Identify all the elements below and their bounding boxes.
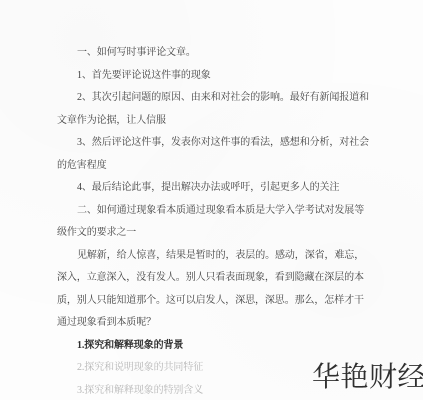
watermark: 华艳财经 bbox=[312, 360, 423, 394]
text-line: 见解新，给人惊喜，结果是暂时的，表层的。感动，深省，难忘， bbox=[57, 245, 377, 268]
text-line: 深入，立意深入，没有发人。别人只看表面现象，看到隐藏在深层的本 bbox=[57, 267, 377, 290]
text-line: 级作文的要求之一 bbox=[57, 222, 377, 245]
text-line: 2、其次引起问题的原因、由来和对社会的影响。最好有新闻报道和 bbox=[57, 87, 377, 110]
text-line: 的危害程度 bbox=[57, 155, 377, 178]
text-line: 3、然后评论这件事，发表你对这件事的看法，感想和分析，对社会 bbox=[57, 132, 377, 155]
text-line: 1.探究和解释现象的背景 bbox=[57, 335, 377, 358]
text-line: 通过现象看到本质呢？ bbox=[57, 312, 377, 335]
text-line: 4、最后结论此事，提出解决办法或呼吁，引起更多人的关注 bbox=[57, 177, 377, 200]
text-line: 一、如何写时事评论文章。 bbox=[57, 42, 377, 65]
text-line: 1、首先要评论说这件事的现象 bbox=[57, 65, 377, 88]
text-line: 质，别人只能知道那个。这可以启发人，深思，深思。那么，怎样才干 bbox=[57, 290, 377, 313]
text-line: 文章作为论据，让人信服 bbox=[57, 110, 377, 133]
document-page: 一、如何写时事评论文章。1、首先要评论说这件事的现象2、其次引起问题的原因、由来… bbox=[0, 0, 423, 400]
text-line: 二、如何通过现象看本质通过现象看本质是大学入学考试对发展等 bbox=[57, 200, 377, 223]
document-text: 一、如何写时事评论文章。1、首先要评论说这件事的现象2、其次引起问题的原因、由来… bbox=[57, 42, 377, 400]
